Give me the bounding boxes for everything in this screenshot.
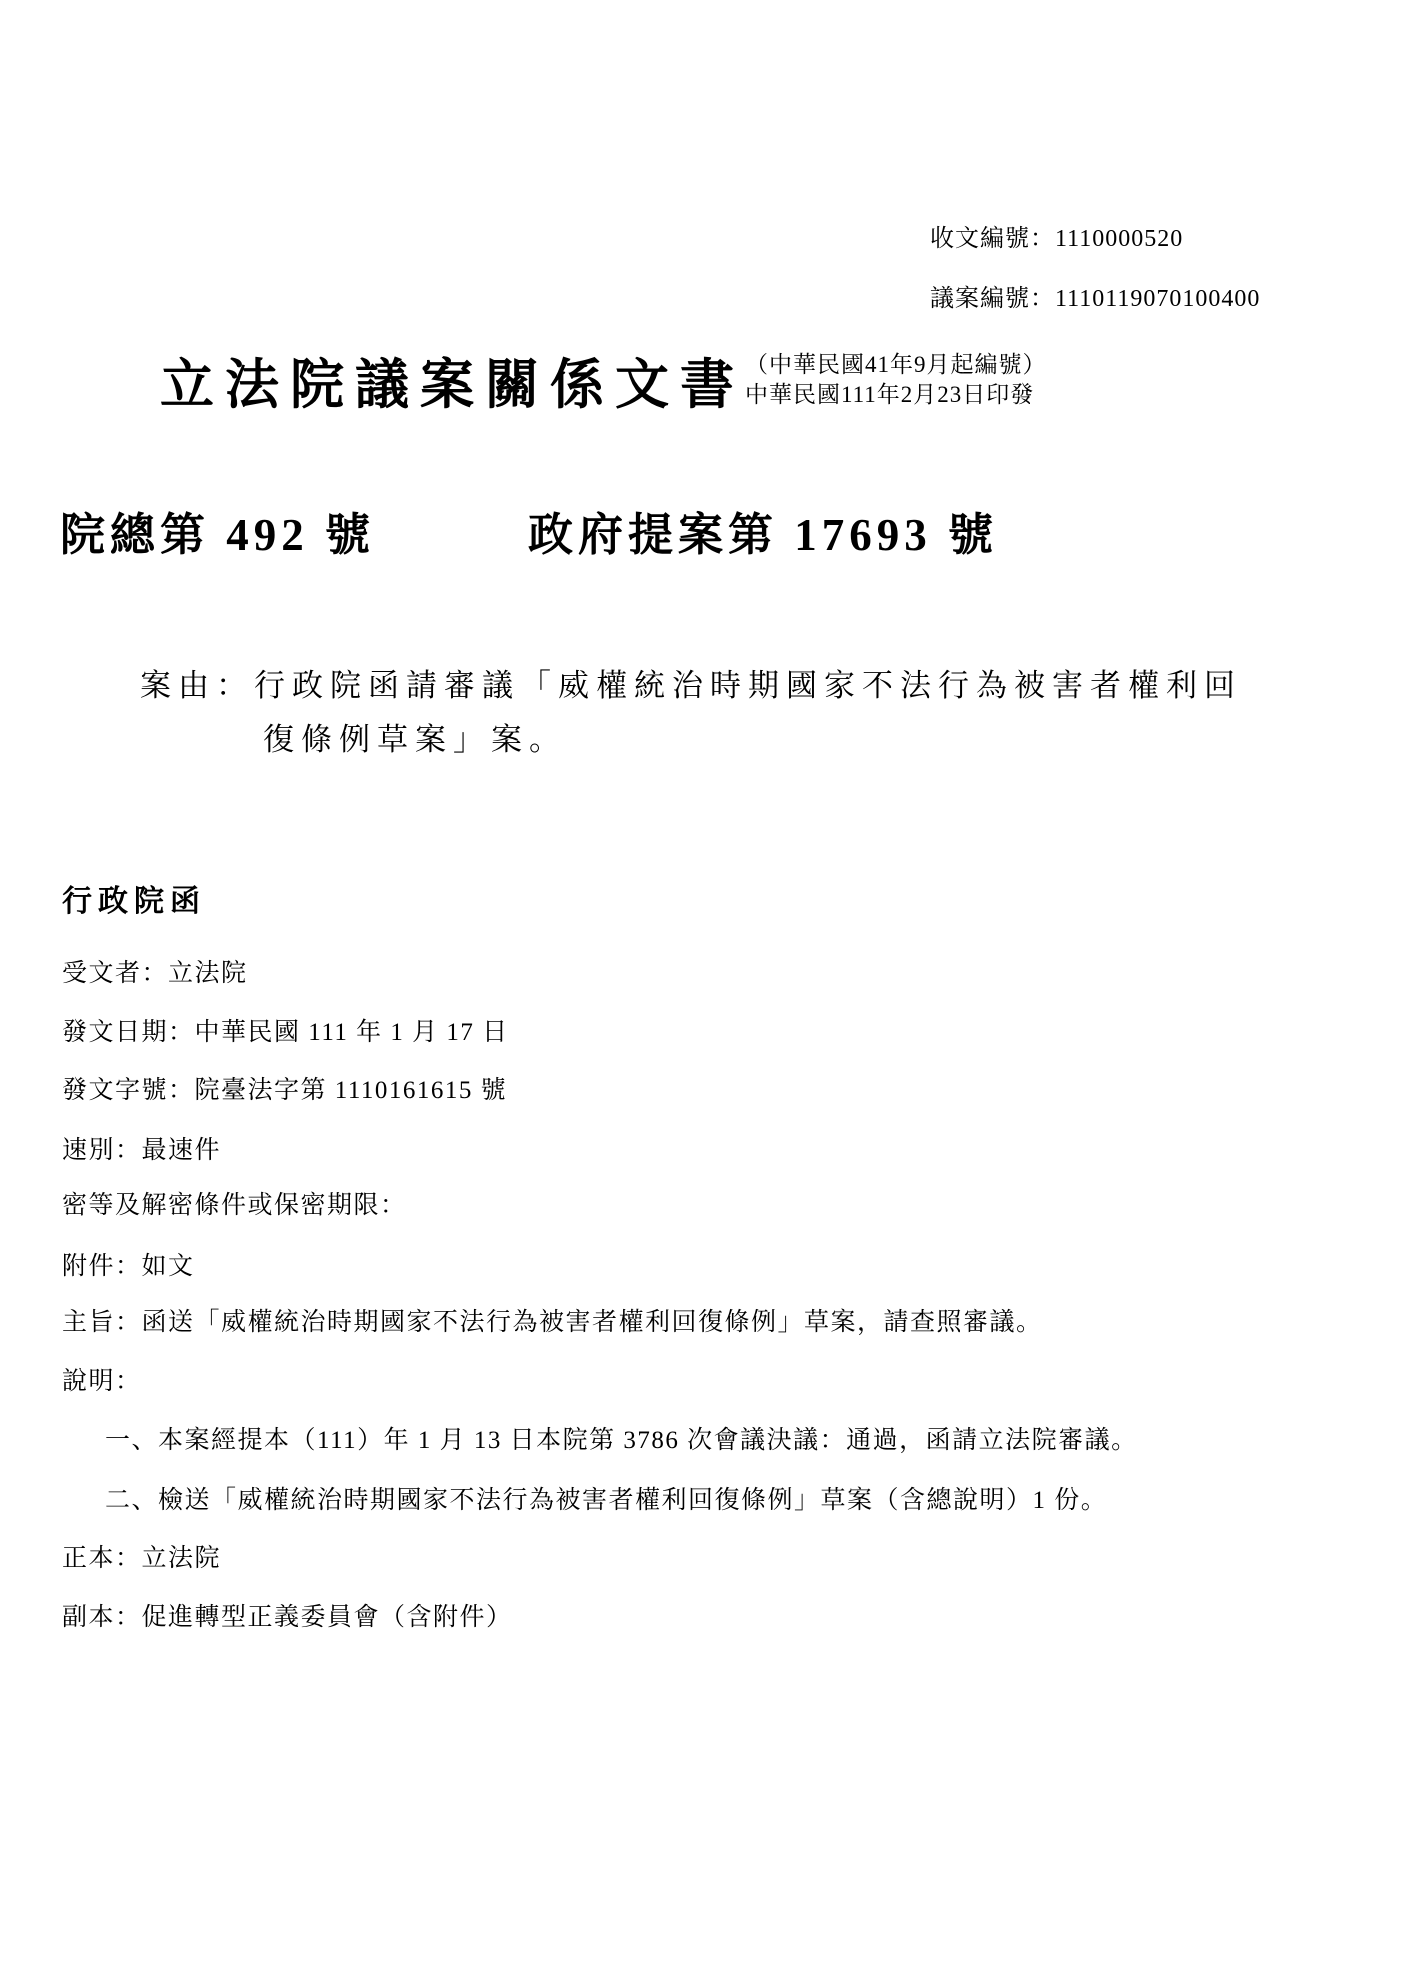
letter-classification: 密等及解密條件或保密期限： bbox=[62, 1185, 407, 1221]
document-page: 收文編號：1110000520 議案編號：1110119070100400 立法… bbox=[0, 0, 1403, 1982]
title-note-line1: （中華民國41年9月起編號） bbox=[745, 350, 1047, 380]
document-title: 立法院議案關係文書 bbox=[160, 342, 745, 419]
letter-ref-number: 發文字號：院臺法字第 1110161615 號 bbox=[62, 1070, 507, 1106]
letter-subject: 主旨：函送「威權統治時期國家不法行為被害者權利回復條例」草案，請查照審議。 bbox=[62, 1302, 1043, 1338]
letter-heading: 行政院函 bbox=[62, 876, 206, 920]
title-note-line2: 中華民國111年2月23日印發 bbox=[745, 380, 1034, 410]
letter-description-label: 說明： bbox=[62, 1361, 142, 1397]
copy-recipient: 副本：促進轉型正義委員會（含附件） bbox=[62, 1597, 513, 1633]
bill-number: 議案編號：1110119070100400 bbox=[930, 278, 1260, 313]
case-summary-line1: 案由：行政院函請審議「威權統治時期國家不法行為被害者權利回 bbox=[140, 660, 1242, 705]
description-item-1: 一、本案經提本（111）年 1 月 13 日本院第 3786 次會議決議：通過，… bbox=[105, 1420, 1138, 1456]
letter-attachment: 附件：如文 bbox=[62, 1246, 195, 1282]
description-item-2: 二、檢送「威權統治時期國家不法行為被害者權利回復條例」草案（含總說明）1 份。 bbox=[105, 1480, 1107, 1516]
letter-recipient: 受文者：立法院 bbox=[62, 953, 248, 989]
letter-date: 發文日期：中華民國 111 年 1 月 17 日 bbox=[62, 1012, 509, 1048]
original-recipient: 正本：立法院 bbox=[62, 1538, 221, 1574]
receipt-number: 收文編號：1110000520 bbox=[930, 218, 1183, 253]
case-summary-line2: 復條例草案」案。 bbox=[263, 714, 567, 759]
letter-priority: 速別：最速件 bbox=[62, 1130, 221, 1166]
yuan-total-number: 院總第 492 號 bbox=[60, 498, 375, 563]
gov-proposal-number: 政府提案第 17693 號 bbox=[528, 498, 998, 563]
